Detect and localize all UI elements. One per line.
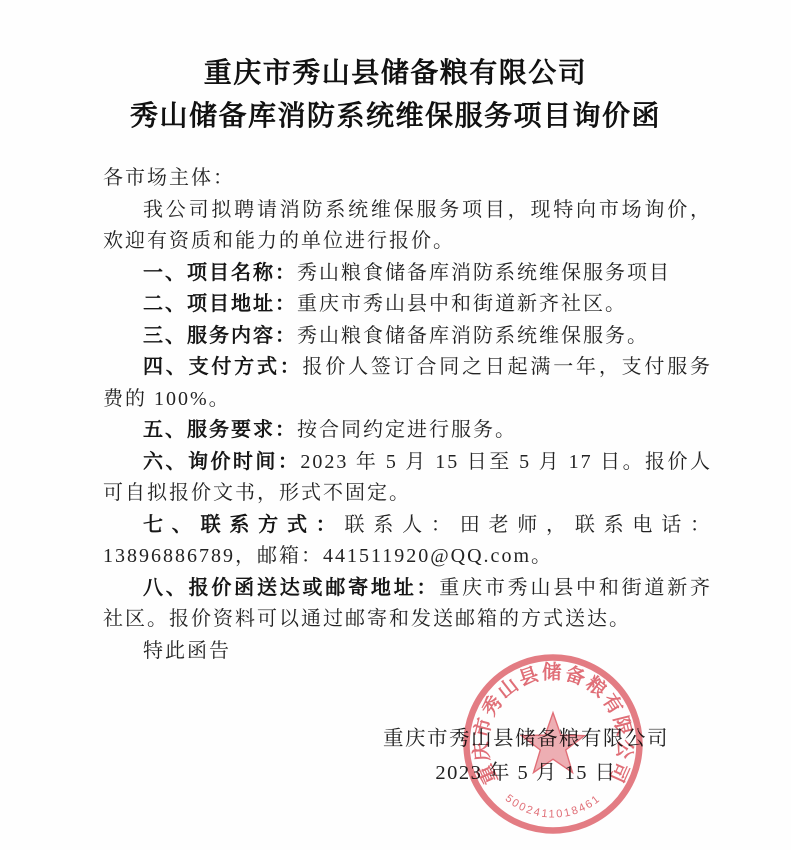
letter-body: 各市场主体： 我公司拟聘请消防系统维保服务项目，现特向市场询价，欢迎有资质和能力… [103, 163, 712, 667]
item-label: 一、项目名称： [143, 262, 297, 284]
closing-line: 特此函告 [103, 636, 712, 668]
document-page: 重庆市秀山县储备粮有限公司 秀山储备库消防系统维保服务项目询价函 各市场主体： … [0, 0, 791, 850]
list-item: 三、服务内容：秀山粮食储备库消防系统维保服务。 [103, 321, 712, 353]
title-line-2: 秀山储备库消防系统维保服务项目询价函 [0, 95, 791, 138]
item-label: 四、支付方式： [143, 356, 303, 378]
item-label: 七、联系方式： [143, 514, 345, 536]
item-label: 三、服务内容： [143, 325, 297, 347]
list-item: 四、支付方式：报价人签订合同之日起满一年，支付服务费的 100%。 [103, 352, 712, 415]
list-item: 五、服务要求：按合同约定进行服务。 [103, 415, 712, 447]
seal-number: 5002411018461 [503, 792, 604, 820]
item-text: 秀山粮食储备库消防系统维保服务项目 [297, 262, 671, 284]
item-label: 二、项目地址： [143, 293, 297, 315]
list-item: 六、询价时间：2023 年 5 月 15 日至 5 月 17 日。报价人可自拟报… [103, 447, 712, 510]
item-text: 秀山粮食储备库消防系统维保服务。 [297, 325, 649, 347]
item-label: 五、服务要求： [143, 419, 297, 441]
intro-paragraph: 我公司拟聘请消防系统维保服务项目，现特向市场询价，欢迎有资质和能力的单位进行报价… [103, 195, 712, 258]
item-label: 六、询价时间： [143, 451, 300, 473]
document-title: 重庆市秀山县储备粮有限公司 秀山储备库消防系统维保服务项目询价函 [0, 0, 791, 138]
list-item: 二、项目地址：重庆市秀山县中和街道新齐社区。 [103, 289, 712, 321]
salutation: 各市场主体： [103, 163, 712, 195]
signature-date: 2023 年 5 月 15 日 [358, 756, 694, 790]
title-line-1: 重庆市秀山县储备粮有限公司 [0, 52, 791, 95]
item-text: 重庆市秀山县中和街道新齐社区。 [297, 293, 627, 315]
svg-text:5002411018461: 5002411018461 [503, 792, 604, 820]
list-item: 七、联系方式：联系人：田老师，联系电话：13896886789，邮箱：44151… [103, 510, 712, 573]
item-text: 按合同约定进行服务。 [297, 419, 517, 441]
signature-company: 重庆市秀山县储备粮有限公司 [358, 722, 694, 756]
signature-block: 重庆市秀山县储备粮有限公司 2023 年 5 月 15 日 [358, 722, 694, 790]
list-item: 八、报价函送达或邮寄地址：重庆市秀山县中和街道新齐社区。报价资料可以通过邮寄和发… [103, 573, 712, 636]
list-item: 一、项目名称：秀山粮食储备库消防系统维保服务项目 [103, 258, 712, 290]
item-label: 八、报价函送达或邮寄地址： [143, 577, 439, 599]
